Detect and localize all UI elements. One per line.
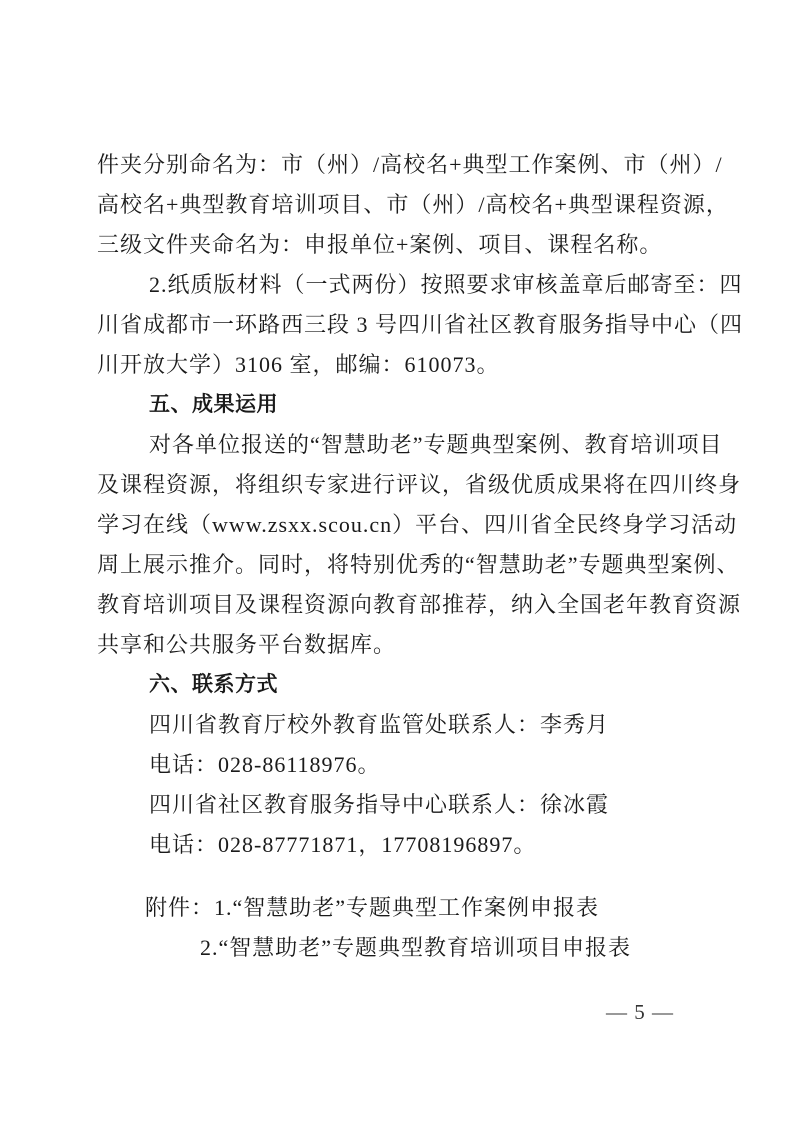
doc-line-paper-material-1: 2.纸质版材料（一式两份）按照要求审核盖章后邮寄至：四 [97, 265, 697, 305]
contact-person-line-2: 四川省社区教育服务指导中心联系人：徐冰霞 [97, 785, 697, 825]
doc-line-results-6: 共享和公共服务平台数据库。 [97, 625, 697, 665]
contact-phone-line-1: 电话：028-86118976。 [97, 745, 697, 785]
doc-line-results-4: 周上展示推介。同时，将特别优秀的“智慧助老”专题典型案例、 [97, 545, 697, 585]
page-number: — 5 — [560, 998, 720, 1026]
document-content: 件夹分别命名为：市（州）/高校名+典型工作案例、市（州）/ 高校名+典型教育培训… [97, 145, 697, 968]
doc-line-results-2: 及课程资源，将组织专家进行评议，省级优质成果将在四川终身 [97, 465, 697, 505]
document-page: 件夹分别命名为：市（州）/高校名+典型工作案例、市（州）/ 高校名+典型教育培训… [0, 0, 793, 1122]
doc-line-folder-naming-1: 件夹分别命名为：市（州）/高校名+典型工作案例、市（州）/ [97, 145, 697, 185]
doc-line-folder-naming-3: 三级文件夹命名为：申报单位+案例、项目、课程名称。 [97, 225, 697, 265]
contact-person-line-1: 四川省教育厅校外教育监管处联系人：李秀月 [97, 705, 697, 745]
attachment-item-2: 2.“智慧助老”专题典型教育培训项目申报表 [97, 928, 697, 968]
contact-phone-line-2: 电话：028-87771871，17708196897。 [97, 825, 697, 865]
doc-line-paper-material-3: 川开放大学）3106 室，邮编：610073。 [97, 345, 697, 385]
attachment-item-1: 附件：1.“智慧助老”专题典型工作案例申报表 [97, 888, 697, 928]
section-heading-5-results-use: 五、成果运用 [97, 385, 697, 425]
doc-line-results-5: 教育培训项目及课程资源向教育部推荐，纳入全国老年教育资源 [97, 585, 697, 625]
doc-line-results-1: 对各单位报送的“智慧助老”专题典型案例、教育培训项目 [97, 425, 697, 465]
doc-line-folder-naming-2: 高校名+典型教育培训项目、市（州）/高校名+典型课程资源， [97, 185, 697, 225]
doc-line-paper-material-2: 川省成都市一环路西三段 3 号四川省社区教育服务指导中心（四 [97, 305, 697, 345]
doc-line-results-3: 学习在线（www.zsxx.scou.cn）平台、四川省全民终身学习活动 [97, 505, 697, 545]
section-heading-6-contact-info: 六、联系方式 [97, 665, 697, 705]
